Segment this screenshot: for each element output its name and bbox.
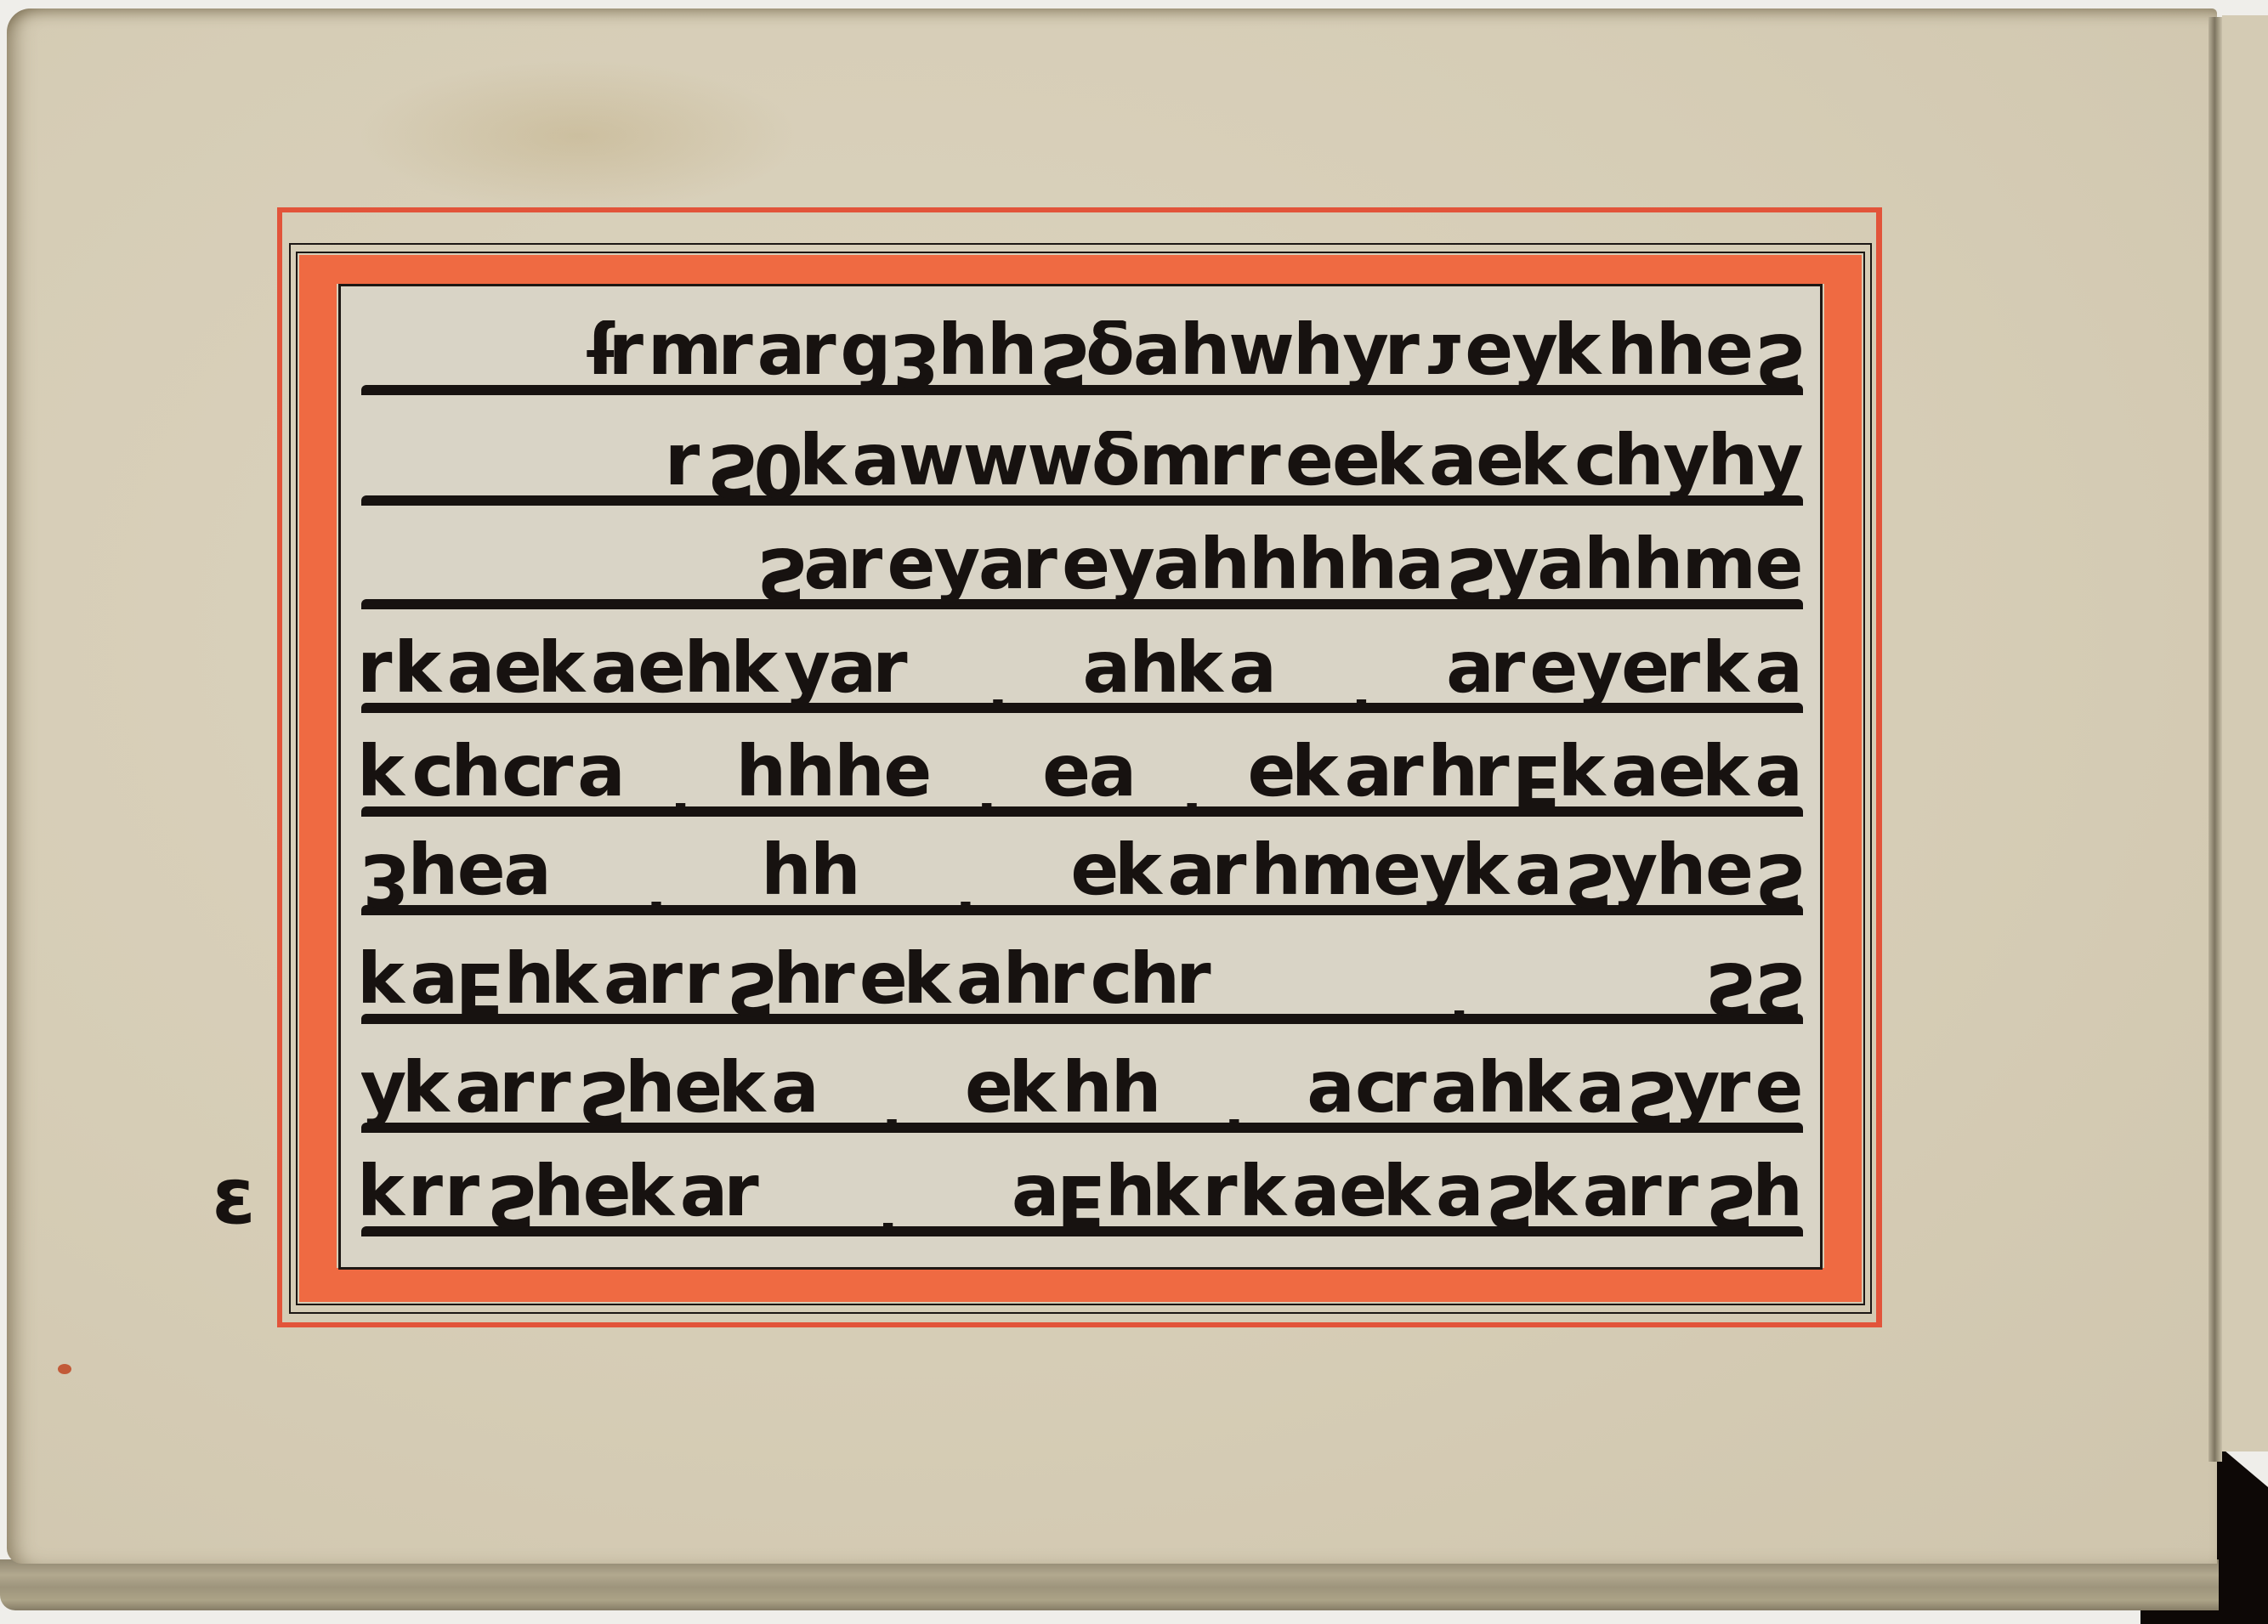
text-line: ƧƧ˙ɹɥɔɹɥɐʞǝɹɥƧɹɹɐʞɥƎɐʞ [361, 949, 1803, 1024]
facing-page-edge [2222, 15, 2268, 1451]
text-line: ƧǝɥʎƧɐʞʎǝɯɥɹɐʞǝ˙ɥɥ˙ɐǝɥƐ [361, 840, 1803, 915]
ink-spot [58, 1364, 71, 1374]
paper-stain [357, 59, 799, 212]
text-block: ƧǝɥɥʞʎǝɾɹʎɥʍɥɐƍƧɥɥƐɓɹɐɹɯɹɟ ʎɥʎɥɔʞǝɐʞǝǝɹɹ… [338, 284, 1823, 1270]
page-stack-edge [0, 1559, 2219, 1610]
text-line: ʎɥʎɥɔʞǝɐʞǝǝɹɹɯƍʍʍʍɐʞ0Ƨɹ [361, 431, 1803, 506]
text-line: ɥƧɹɹɐʞƧɐʞǝɐʞɹʞɥƎɐ˙ɹɐʞǝɥƧɹɹʞ [361, 1162, 1803, 1236]
page-number: ε [211, 1154, 257, 1239]
text-line: ǝɹʎƧɐʞɥɐɹɔɐ˙ɥɥʞǝ˙ɐʞǝɥƧɹɹɐʞʎ [361, 1058, 1803, 1133]
text-line: ɐʞǝɐʞƎɹɥɹɐʞǝ˙ɐǝ˙ǝɥɥɥ˙ɐɹɔɥɔʞ [361, 742, 1803, 817]
text-line: ƧǝɥɥʞʎǝɾɹʎɥʍɥɐƍƧɥɥƐɓɹɐɹɯɹɟ [361, 320, 1803, 395]
text-line: ɐʞɹǝʎǝɹɐ˙ɐʞɥɐ˙ɹɐʎʞɥǝɐʞǝɐʞɹ [361, 638, 1803, 713]
text-line: ǝɯɥɥɐʎƧɐɥɥɥɥɐʎǝɹɐʎǝɹɐƧ [361, 535, 1803, 609]
book-gutter [2208, 17, 2222, 1462]
